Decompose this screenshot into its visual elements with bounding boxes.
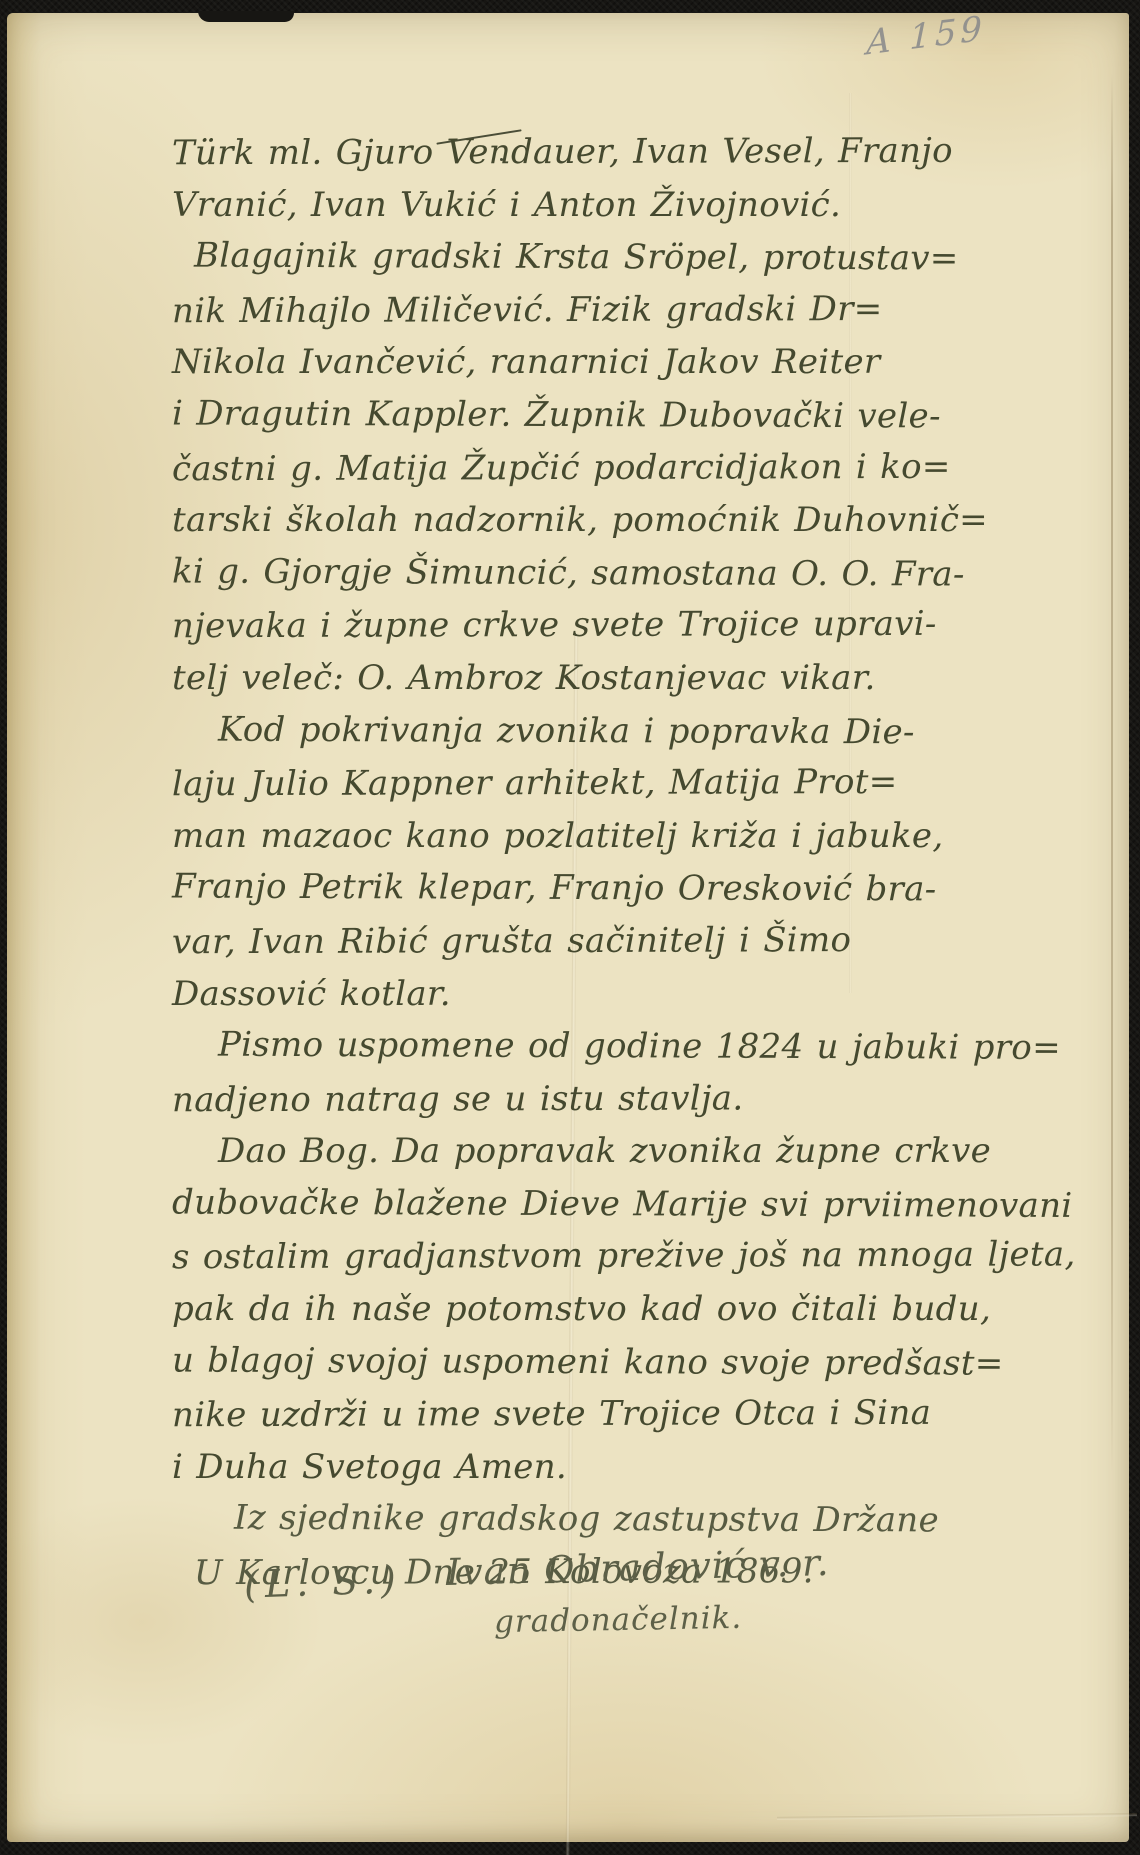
manuscript-line: u blagoj svojoj uspomeni kano svoje pred… (172, 1334, 962, 1390)
manuscript-line: telj veleč: O. Ambroz Kostanjevac vikar. (172, 652, 962, 705)
horizontal-fold-crease (777, 1813, 1137, 1820)
paper-edge-shadow (1111, 73, 1113, 1473)
manuscript-line: Türk ml. Gjuro Vendauer, Ivan Vesel, Fra… (172, 125, 962, 180)
manuscript-line: Blagajnik gradski Krsta Sröpel, protusta… (172, 230, 962, 286)
paper-top-edge-notch (198, 11, 294, 22)
manuscript-line: njevaka i župne crkve svete Trojice upra… (172, 598, 962, 653)
manuscript-line: Nikola Ivančević, ranarnici Jakov Reiter (172, 336, 962, 389)
manuscript-line: ki g. Gjorgje Šimuncić, samostana O. O. … (172, 545, 962, 601)
manuscript-line: i Duha Svetoga Amen. (172, 1441, 962, 1494)
manuscript-line: dubovačke blažene Dieve Marije svi prvii… (172, 1176, 962, 1232)
manuscript-line: nik Mihajlo Miličević. Fizik gradski Dr= (172, 283, 962, 338)
manuscript-line: Dassović kotlar. (172, 968, 962, 1021)
manuscript-line: tarski školah nadzornik, pomoćnik Duhovn… (172, 494, 962, 547)
manuscript-line: Pismo uspomene od godine 1824 u jabuki p… (172, 1019, 962, 1075)
manuscript-text: Türk ml. Gjuro Vendauer, Ivan Vesel, Fra… (172, 126, 962, 1599)
manuscript-line: i Dragutin Kappler. Župnik Dubovački vel… (172, 387, 962, 443)
manuscript-line: Iz sjednike gradskog zastupstva Držane (172, 1492, 962, 1548)
manuscript-line: man mazaoc kano pozlatitelj križa i jabu… (172, 810, 962, 863)
manuscript-line: Franjo Petrik klepar, Franjo Oresković b… (172, 861, 962, 917)
manuscript-line: nike uzdrži u ime svete Trojice Otca i S… (172, 1387, 962, 1442)
manuscript-line: s ostalim gradjanstvom prežive još na mn… (172, 1229, 962, 1284)
manuscript-line: laju Julio Kappner arhitekt, Matija Prot… (172, 756, 962, 811)
manuscript-line: Vranić, Ivan Vukić i Anton Živojnović. (172, 179, 962, 232)
scanned-manuscript-page: { "page": { "archival_mark": "A 159", "b… (0, 0, 1140, 1855)
manuscript-line: nadjeno natrag se u istu stavlja. (172, 1071, 962, 1126)
manuscript-line: Dao Bog. Da popravak zvonika župne crkve (172, 1125, 962, 1178)
manuscript-line: častni g. Matija Župčić podarcidjakon i … (172, 440, 962, 495)
signature-title: gradonačelnik. (494, 1600, 743, 1640)
manuscript-line: var, Ivan Ribić grušta sačinitelj i Šimo (172, 914, 962, 969)
manuscript-line: pak da ih naše potomstvo kad ovo čitali … (172, 1283, 962, 1336)
manuscript-line: Kod pokrivanja zvonika i popravka Die- (172, 703, 962, 759)
locus-sigilli-mark: (L. S.) (243, 1557, 402, 1606)
